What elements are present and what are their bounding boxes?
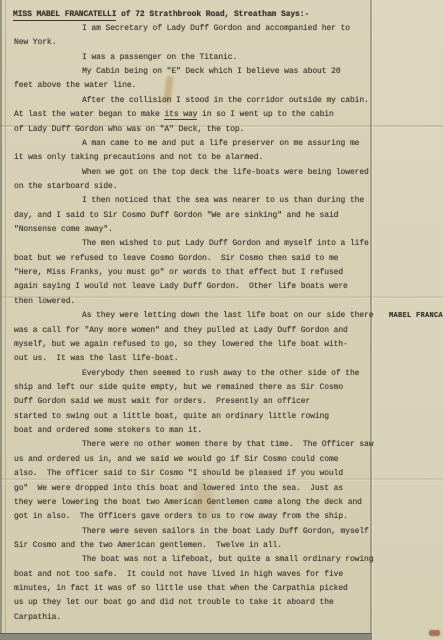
text-line: At last the water began to make its way … [14,108,370,122]
text-line: I then noticed that the sea was nearer t… [14,194,370,208]
text-line: I was a passenger on the Titanic. [14,51,370,65]
text-line: boat but we refused to leave Cosmo Gordo… [14,252,370,266]
text-line: New York. [14,36,370,50]
text-line: I am Secretary of Lady Duff Gordon and a… [14,22,370,36]
text-line: minutes, in fact it was of so little use… [14,582,370,596]
left-fold-line [5,0,6,633]
text-line: us up they let our boat go and did not t… [14,596,370,610]
text-line: they were lowering the boat two American… [14,496,370,510]
text-line: When we got on the top deck the life-boa… [14,166,370,180]
text-line: ship and left our side quite empty, but … [14,381,370,395]
margin-annotation: MABEL FRANCAT [389,312,443,320]
text-line: go" We were dropped into this boat and l… [14,482,370,496]
underlined-phrase: its way [164,110,197,120]
text-line: After the collision I stood in the corri… [14,94,370,108]
text-line: then lowered. [14,295,370,309]
scan-bottom-edge [0,633,371,640]
text-line: "Here, Miss Franks, you must go" or word… [14,266,370,280]
text-line: it was only taking precautions and not t… [14,151,370,165]
text-line: myself, but we again refused to go, so t… [14,338,370,352]
text-line: There were seven sailors in the boat Lad… [14,525,370,539]
text-line: of Lady Duff Gordon who was on "A" Deck,… [14,123,370,137]
text-line: There were no other women there by that … [14,438,370,452]
text-line: on the starboard side. [14,180,370,194]
text-line: also. The officer said to Sir Cosmo "I s… [14,467,370,481]
text-line: out us. It was the last life-boat. [14,352,370,366]
text-line: Duff Gordon said we must wait for orders… [14,395,370,409]
text-line: As they were letting down the last life … [14,309,370,323]
text-line: boat and ordered some stokers to man it. [14,424,370,438]
text-line: got in also. The Officers gave orders to… [14,510,370,524]
text-line: started to swing out a little boat, quit… [14,410,370,424]
text-line: Everybody then seemed to rush away to th… [14,367,370,381]
document-header: MISS MABEL FRANCATELLI of 72 Strathbrook… [13,8,309,22]
text-line: The boat was not a lifeboat, but quite a… [14,553,370,567]
left-page-edge [0,0,2,633]
witness-name: MISS MABEL FRANCATELLI [13,10,116,21]
scanned-document: MISS MABEL FRANCATELLI of 72 Strathbrook… [0,0,443,640]
paper-stain [429,630,440,636]
paper-page-right-edge [372,0,443,640]
text-line: again saying I would not leave Lady Duff… [14,280,370,294]
text-line: was a call for "Any more women" and they… [14,324,370,338]
text-line: us and ordered us in, and we said we wou… [14,453,370,467]
witness-address: of 72 Strathbrook Road, Streatham Says:- [116,10,309,19]
document-lines: I am Secretary of Lady Duff Gordon and a… [14,22,370,625]
text-line: My Cabin being on "E" Deck which I belie… [14,65,370,79]
text-line: day, and I said to Sir Cosmo Duff Gordon… [14,209,370,223]
text-line: The men wished to put Lady Duff Gordon a… [14,237,370,251]
text-line: Carpathia. [14,611,370,625]
text-line: feet above the water line. [14,79,370,93]
text-line: Sir Cosmo and the two American gentlemen… [14,539,370,553]
text-line: A man came to me and put a life preserve… [14,137,370,151]
text-line: "Nonsense come away". [14,223,370,237]
text-line: boat and not too safe. It could not have… [14,568,370,582]
